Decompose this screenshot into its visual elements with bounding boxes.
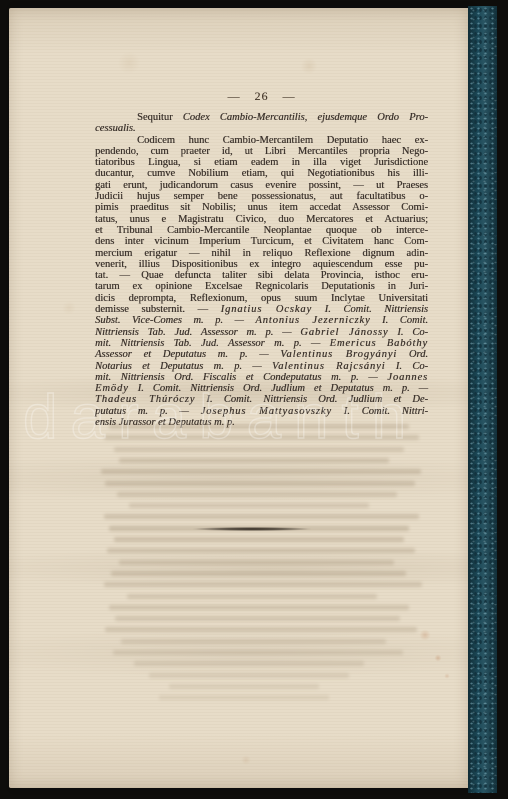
text-line: mit. Nittriensis Tab. Jud. Assessor m. p…: [95, 338, 428, 349]
text-line: Judicii hujus semper bene possessionatus…: [95, 191, 428, 202]
text-line: ducantur, cumve Nobilium etiam, qui Nego…: [95, 168, 428, 179]
text-block: Sequitur Codex Cambio-Mercantilis, ejusd…: [95, 112, 428, 428]
ghost-line: [105, 627, 417, 632]
ghost-line: [109, 605, 409, 610]
text-segment: Codex Cambio-Mercantilis, ejusdemque Ord…: [183, 112, 428, 123]
text-segment: demisse substernit. —: [95, 304, 221, 315]
text-segment: Sequitur: [137, 112, 183, 123]
text-segment: ducantur, cumve Nobilium etiam, qui Nego…: [95, 168, 428, 179]
text-segment: dicis deprompta, Reflexionum, opus suum …: [95, 293, 428, 304]
ghost-line: [113, 650, 403, 655]
ghost-line: [114, 537, 404, 542]
ghost-line: [169, 684, 319, 689]
text-line: Nittriensis Tab. Jud. Assessor m. p. — G…: [95, 327, 428, 338]
text-segment: Judicii hujus semper bene possessionatus…: [95, 191, 428, 202]
watermark: darabanth: [23, 382, 463, 453]
text-segment: pimis praeditus sit Nobilis; unus item a…: [95, 202, 428, 213]
ghost-line: [115, 616, 400, 621]
signatory-name: Valentinus Rajcsányi: [272, 361, 386, 372]
ghost-line: [127, 594, 377, 599]
ghost-line: [104, 514, 419, 519]
text-line: demisse substernit. — Ignatius Ocskay I.…: [95, 304, 428, 315]
text-segment: I. Co-: [385, 361, 428, 372]
text-segment: et Tribunal Cambio-Mercantile Neoplantae…: [95, 225, 428, 236]
signatory-name: Antonius Jezerniczky: [255, 315, 370, 326]
book-page: — 26 — Sequitur Codex Cambio-Mercantilis…: [9, 8, 468, 788]
signatory-name: Gabriel Jánossy: [300, 327, 388, 338]
text-segment: I. Comit.: [371, 315, 428, 326]
text-line: Notarius et Deputatus m. p. — Valentinus…: [95, 361, 428, 372]
ghost-line: [134, 661, 364, 666]
text-line: mercium erigatur — nihil in reliquo Refl…: [95, 248, 428, 259]
text-segment: I. Co-: [388, 327, 428, 338]
text-line: Assessor et Deputatus m. p. — Valentinus…: [95, 349, 428, 360]
text-line: venerit, illius Dispositionibus ex integ…: [95, 259, 428, 270]
ghost-line: [129, 503, 369, 508]
text-segment: Nittriensis Tab. Jud. Assessor m. p. —: [95, 327, 300, 338]
signatory-name: Valentinus Brogyányi: [280, 349, 397, 360]
ghost-line: [149, 673, 349, 678]
text-segment: tiatoribus Lingua, si etiam eadem in ill…: [95, 157, 428, 168]
ghost-line: [121, 639, 386, 644]
text-segment: tarum ex opinione Excelsae Regnicolaris …: [95, 281, 428, 292]
text-segment: Notarius et Deputatus m. p. —: [95, 361, 272, 372]
text-segment: Codicem hunc Cambio-Mercantilem Deputati…: [137, 135, 428, 146]
text-segment: cessualis.: [95, 123, 136, 134]
ghost-line: [119, 560, 394, 565]
text-segment: pendendo, cum praeter id, ut Libri Merca…: [95, 146, 428, 157]
text-line: pendendo, cum praeter id, ut Libri Merca…: [95, 146, 428, 157]
photo-black-frame: — 26 — Sequitur Codex Cambio-Mercantilis…: [0, 0, 508, 799]
text-line: Sequitur Codex Cambio-Mercantilis, ejusd…: [95, 112, 428, 123]
ghost-line: [159, 695, 329, 700]
text-segment: I. Comit. Nittriensis: [312, 304, 428, 315]
text-segment: gati erunt, judicandorum casus evenire p…: [95, 180, 428, 191]
text-line: dicis deprompta, Reflexionum, opus suum …: [95, 293, 428, 304]
text-segment: mit. Nittriensis Tab. Jud. Assessor m. p…: [95, 338, 330, 349]
text-line: Subst. Vice-Comes m. p. — Antonius Jezer…: [95, 315, 428, 326]
text-line: tat. — Quae defuncta taliter sibi delata…: [95, 270, 428, 281]
text-segment: Ord.: [397, 349, 428, 360]
text-line: tarum ex opinione Excelsae Regnicolaris …: [95, 281, 428, 292]
text-line: dens inter vicinum Imperium Turcicum, et…: [95, 236, 428, 247]
text-line: Codicem hunc Cambio-Mercantilem Deputati…: [95, 135, 428, 146]
text-segment: Subst. Vice-Comes m. p. —: [95, 315, 255, 326]
page-number: — 26 —: [95, 89, 428, 104]
ghost-line: [101, 469, 421, 474]
text-segment: dens inter vicinum Imperium Turcicum, et…: [95, 236, 428, 247]
ghost-line: [111, 571, 406, 576]
text-segment: tatus, unus e Magistratu Civico, duo Mer…: [95, 214, 428, 225]
book-cover-edge: [468, 6, 497, 793]
ghost-line: [117, 492, 397, 497]
text-segment: Assessor et Deputatus m. p. —: [95, 349, 280, 360]
text-line: gati erunt, judicandorum casus evenire p…: [95, 180, 428, 191]
text-line: et Tribunal Cambio-Mercantile Neoplantae…: [95, 225, 428, 236]
ghost-line: [119, 458, 389, 463]
text-segment: tat. — Quae defuncta taliter sibi delata…: [95, 270, 428, 281]
text-line: cessualis.: [95, 123, 428, 134]
ghost-line: [107, 548, 415, 553]
text-segment: mercium erigatur — nihil in reliquo Refl…: [95, 248, 428, 259]
text-line: tiatoribus Lingua, si etiam eadem in ill…: [95, 157, 428, 168]
section-divider-rule: [193, 527, 311, 531]
signatory-name: Ignatius Ocskay: [221, 304, 312, 315]
text-line: pimis praeditus sit Nobilis; unus item a…: [95, 202, 428, 213]
ghost-line: [104, 582, 422, 587]
text-segment: venerit, illius Dispositionibus ex integ…: [95, 259, 428, 270]
ghost-line: [105, 481, 415, 486]
signatory-name: Emericus Babóthy: [330, 338, 428, 349]
text-line: tatus, unus e Magistratu Civico, duo Mer…: [95, 214, 428, 225]
